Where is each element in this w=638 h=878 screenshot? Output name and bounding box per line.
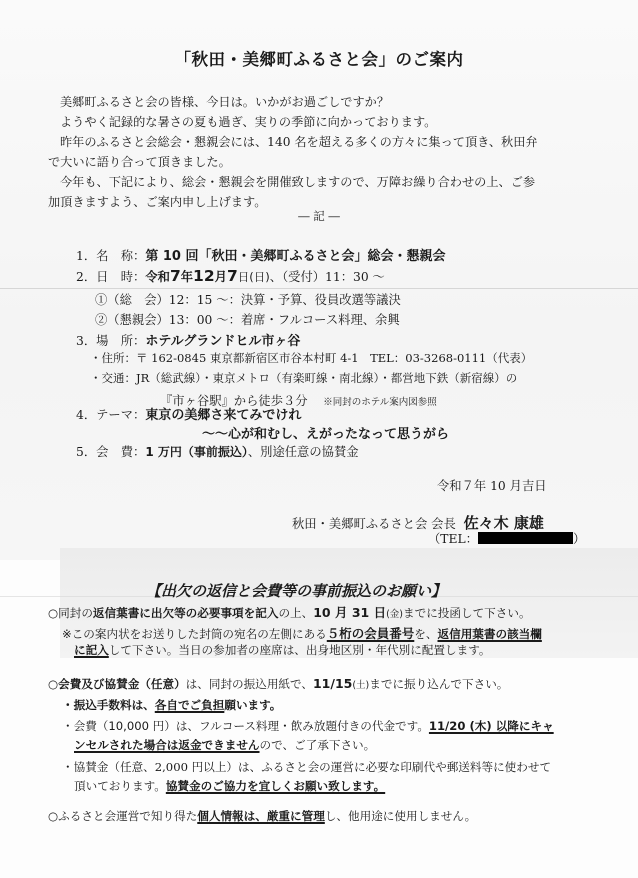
date-day: 7 (227, 267, 238, 285)
reply-deadline: 10 月 31 日 (313, 605, 386, 620)
text: 頂いております。 (74, 779, 166, 793)
payment-deadline: 11/15 (313, 676, 352, 691)
notice-payment: ○会費及び協賛金（任意）は、同封の振込用紙で、11/15(土)までに振り込んで下… (48, 676, 508, 692)
item-place: 3．場 所：ホテルグランドヒル市ヶ谷 (76, 330, 300, 349)
tel-label: （TEL： (428, 532, 478, 546)
item-label: 日 時： (96, 270, 145, 284)
item-theme: 4．テーマ：東京の美郷さ来てみでけれ (76, 404, 301, 423)
item-number: 2． (76, 270, 96, 284)
page-title: 「秋田・美郷町ふるさと会」のご案内 (0, 46, 638, 70)
intro-line-3: 昨年のふるさと会総会・懇親会には、140 名を超える多くの方々に集って頂き、秋田… (60, 132, 538, 153)
item-number: 5． (76, 445, 96, 459)
text: を、 (414, 627, 437, 641)
sponsorship-note: ・協賛金（任意、2,000 円以上）は、ふるさと会の運営に必要な印刷代や郵送料等… (62, 759, 551, 775)
text: ので、ご了承下さい。 (260, 738, 376, 752)
reply-card-instruction: 返信葉書に出欠等の必要事項を記入 (93, 606, 279, 620)
date-year: 7 (170, 267, 181, 285)
notice-reply: ○同封の返信葉書に出欠等の必要事項を記入の上、10 月 31 日(金)までに投函… (48, 603, 531, 621)
cancellation-emphasis: 11/20 (木) 以降にキャ (429, 719, 554, 733)
notice-member-number: ※この案内状をお送りした封筒の宛名の左側にある５桁の会員番号を、返信用葉書の該当… (62, 624, 542, 642)
date-era: 令和 (145, 270, 170, 284)
text: 願います。 (224, 698, 281, 712)
issue-date: 令和７年 10 月吉日 (437, 476, 547, 494)
member-number-emphasis: ５桁の会員番号 (327, 626, 415, 641)
fee-amount: 1 万円（事前振込） (145, 445, 248, 459)
intro-line-2: ようやく記録的な暑さの夏も過ぎ、実りの季節に向かっております。 (60, 112, 436, 133)
no-refund-emphasis: ンセルされた場合は返金できません (74, 738, 260, 752)
item-label: 会 費： (96, 445, 145, 459)
text: ・振込手数料は、 (62, 698, 155, 712)
bullet: ○ (48, 809, 58, 823)
sponsorship-note-2: 頂いております。協賛金のご協力を宜しくお願い致します。 (74, 778, 385, 794)
venue-name: ホテルグランドヒル市ヶ谷 (145, 334, 300, 349)
bullet: ○ (48, 606, 58, 620)
map-note: ※同封のホテル案内図参照 (323, 397, 437, 408)
write-in-emphasis: に記入 (74, 643, 109, 657)
reply-card-field: 返信用葉書の該当欄 (438, 627, 542, 641)
privacy-emphasis: 個人情報は、厳重に管理 (197, 809, 325, 823)
signature-tel: （TEL：） (428, 529, 585, 547)
item-number: 3． (76, 334, 96, 348)
intro-line-5: 今年も、下記により、総会・懇親会を開催致しますので、万障お繰り合わせの上、ご参 (60, 172, 535, 193)
cancellation-note-2: ンセルされた場合は返金できませんので、ご了承下さい。 (74, 737, 375, 753)
date-nichi: 日(日) (238, 270, 270, 284)
schedule-general-meeting: ①（総 会）12：15 ～：決算・予算、役員改選等議決 (95, 290, 401, 308)
item-label: 名 称： (96, 249, 145, 263)
date-reception: 、（受付）11：30 ～ (270, 270, 385, 284)
item-number: 1． (76, 249, 96, 263)
item-name: 1．名 称：第 10 回「秋田・美郷町ふるさと会」総会・懇親会 (76, 245, 445, 264)
date-nen: 年 (181, 270, 193, 284)
self-pay-emphasis: 各自でご負担 (155, 698, 225, 712)
text: までに投函して下さい。 (403, 606, 531, 620)
intro-line-1: 美郷町ふるさと会の皆様、今日は。いかがお過ごしですか？ (60, 92, 389, 113)
item-number: 4． (76, 408, 96, 422)
notice-heading: 【出欠の返信と会費等の事前振込のお願い】 (146, 580, 446, 601)
venue-address: ・住所：〒 162-0845 東京都新宿区市谷本村町 4-1 TEL：03-32… (90, 350, 532, 366)
reply-deadline-day: (金) (386, 609, 403, 620)
notice-member-number-2: に記入して下さい。当日の参加者の座席は、出身地区別・年代別に配置します。 (74, 642, 490, 658)
item-fee: 5．会 費：1 万円（事前振込）、別途任意の協賛金 (76, 442, 359, 460)
text: ふるさと会運営で知り得た (58, 809, 197, 823)
text: までに振り込んで下さい。 (369, 677, 508, 691)
date-gatsu: 月 (215, 270, 227, 284)
text: ※この案内状をお送りした封筒の宛名の左側にある (62, 627, 327, 641)
transfer-fee-note: ・振込手数料は、各自でご負担願います。 (62, 697, 281, 713)
bullet: ○ (48, 677, 58, 691)
text: して下さい。当日の参加者の座席は、出身地区別・年代別に配置します。 (109, 643, 491, 657)
schedule-social-gathering: ②（懇親会）13：00 ～：着席・フルコース料理、余興 (95, 310, 400, 328)
theme-line-2: ～～心が和むし、えがったなって思うがら (202, 423, 449, 442)
text: 同封の (58, 606, 93, 620)
cancellation-note: ・会費（10,000 円）は、フルコース料理・飲み放題付きの代金です。11/20… (62, 718, 554, 734)
text: は、同封の振込用紙で、 (186, 677, 313, 691)
text: ・会費（10,000 円）は、フルコース料理・飲み放題付きの代金です。 (62, 719, 429, 733)
intro-line-4: で大いに語り合って頂きました。 (48, 152, 231, 173)
text: の上、 (278, 606, 313, 620)
ki-label: ― 記 ― (0, 208, 638, 224)
item-label: 場 所： (96, 334, 145, 348)
item-date: 2．日 時：令和7年12月7日(日)、（受付）11：30 ～ (76, 267, 385, 285)
tel-close: ） (573, 532, 585, 546)
redacted-phone (478, 532, 573, 544)
notice-privacy: ○ふるさと会運営で知り得た個人情報は、厳重に管理し、他用途に使用しません。 (48, 808, 476, 824)
venue-access: ・交通：JR（総武線）・東京メトロ（有楽町線・南北線）・都営地下鉄（新宿線）の (90, 370, 517, 386)
event-name: 第 10 回「秋田・美郷町ふるさと会」総会・懇親会 (145, 249, 445, 264)
theme-line-1: 東京の美郷さ来てみでけれ (145, 408, 301, 423)
item-label: テーマ： (96, 408, 145, 422)
fold-line (0, 288, 638, 289)
sponsorship-request: 協賛金のご協力を宜しくお願い致します。 (166, 779, 385, 793)
invitation-letter: 「秋田・美郷町ふるさと会」のご案内 美郷町ふるさと会の皆様、今日は。いかがお過ご… (0, 0, 638, 878)
fee-and-sponsorship: 会費及び協賛金（任意） (58, 677, 186, 691)
text: し、他用途に使用しません。 (325, 809, 476, 823)
fee-extra: 、別途任意の協賛金 (248, 445, 359, 459)
date-month: 12 (193, 267, 215, 285)
payment-deadline-day: (土) (352, 680, 369, 691)
